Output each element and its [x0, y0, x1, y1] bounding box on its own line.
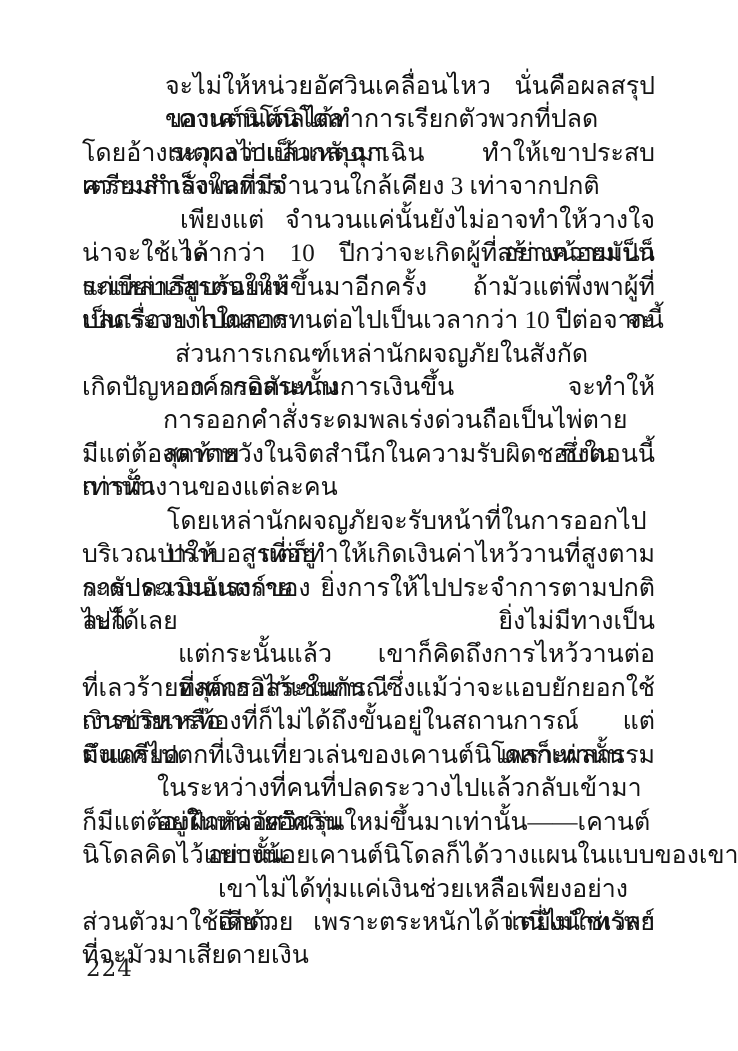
text-line: ที่เลวร้ายที่สุดเอาไว้เช่นกัน ซึ่งแม้ว่า…: [82, 672, 655, 705]
text-line: โดยเหล่านักผจญภัยจะรับหน้าที่ในการออกไปป…: [82, 505, 655, 538]
text-line: เขาไม่ได้ทุ่มแค่เงินช่วยเหลือเพียงอย่างเ…: [82, 873, 655, 906]
text-line: ส่วนการเกณฑ์เหล่านักผจญภัยในสังกัดองค์กร…: [82, 338, 655, 371]
text-line: ส่วนตัวมาใช้อีกด้วย เพราะตระหนักได้ว่านี…: [82, 906, 655, 939]
text-line: โดยอ้างเหตุผลว่าเป็นเหตุฉุกเฉิน ทำให้เขา…: [82, 137, 655, 170]
text-line: มีแต่ต้องคาดหวังในจิตสำนึกในความรับผิดชอ…: [82, 438, 655, 471]
text-line: ระดับความอันตราย ยิ่งการให้ไปประจำการตาม…: [82, 572, 655, 605]
text-line: การออกคำสั่งระดมพลเร่งด่วนถือเป็นไพ่ตายส…: [82, 404, 655, 437]
text-line: ในระหว่างที่คนที่ปลดระวางไปแล้วกลับเข้าม…: [82, 772, 655, 805]
text-line: จะไม่ให้หน่วยอัศวินเคลื่อนไหว นั่นคือผลส…: [82, 70, 655, 103]
text-line: แก่เหล่าอสูรตนใหม่ขึ้นมาอีกครั้ง ถ้ามัวแ…: [82, 271, 655, 304]
text-line: เตรียมกำลังพลที่มีจำนวนใกล้เคียง 3 เท่าจ…: [82, 170, 655, 203]
page-text: จะไม่ให้หน่วยอัศวินเคลื่อนไหว นั่นคือผลส…: [82, 70, 655, 939]
text-line: เพียงแต่ จำนวนแค่นั้นยังไม่อาจทำให้วางใจ…: [82, 204, 655, 237]
text-line: เป็นเรื่องยากในการทนต่อไปเป็นเวลากว่า 10…: [82, 304, 655, 337]
text-line: บริเวณป่าให้ แต่ก็ทำให้เกิดเงินค่าไหว้วา…: [82, 538, 655, 571]
text-line: น่าจะใช้เวลากว่า 10 ปีกว่าจะเกิดผู้ที่สร…: [82, 237, 655, 270]
text-line: การบริหารท้องที่ก็ไม่ได้ถึงขั้นอยู่ในสถา…: [82, 705, 655, 738]
page-number: 224: [86, 955, 133, 983]
book-page: จะไม่ให้หน่วยอัศวินเคลื่อนไหว นั่นคือผลส…: [0, 0, 738, 1051]
text-line: ก็มีแต่ต้องฝึกหัดอัศวินรุ่นใหม่ขึ้นมาเท่…: [82, 806, 655, 839]
text-line: มันแค่ไปตกที่เงินเที่ยวเล่นของเคานต์นิโด…: [82, 739, 655, 772]
text-line: แต่กระนั้นแล้ว เขาก็คิดถึงการไหว้วานต่ออ…: [82, 638, 655, 671]
